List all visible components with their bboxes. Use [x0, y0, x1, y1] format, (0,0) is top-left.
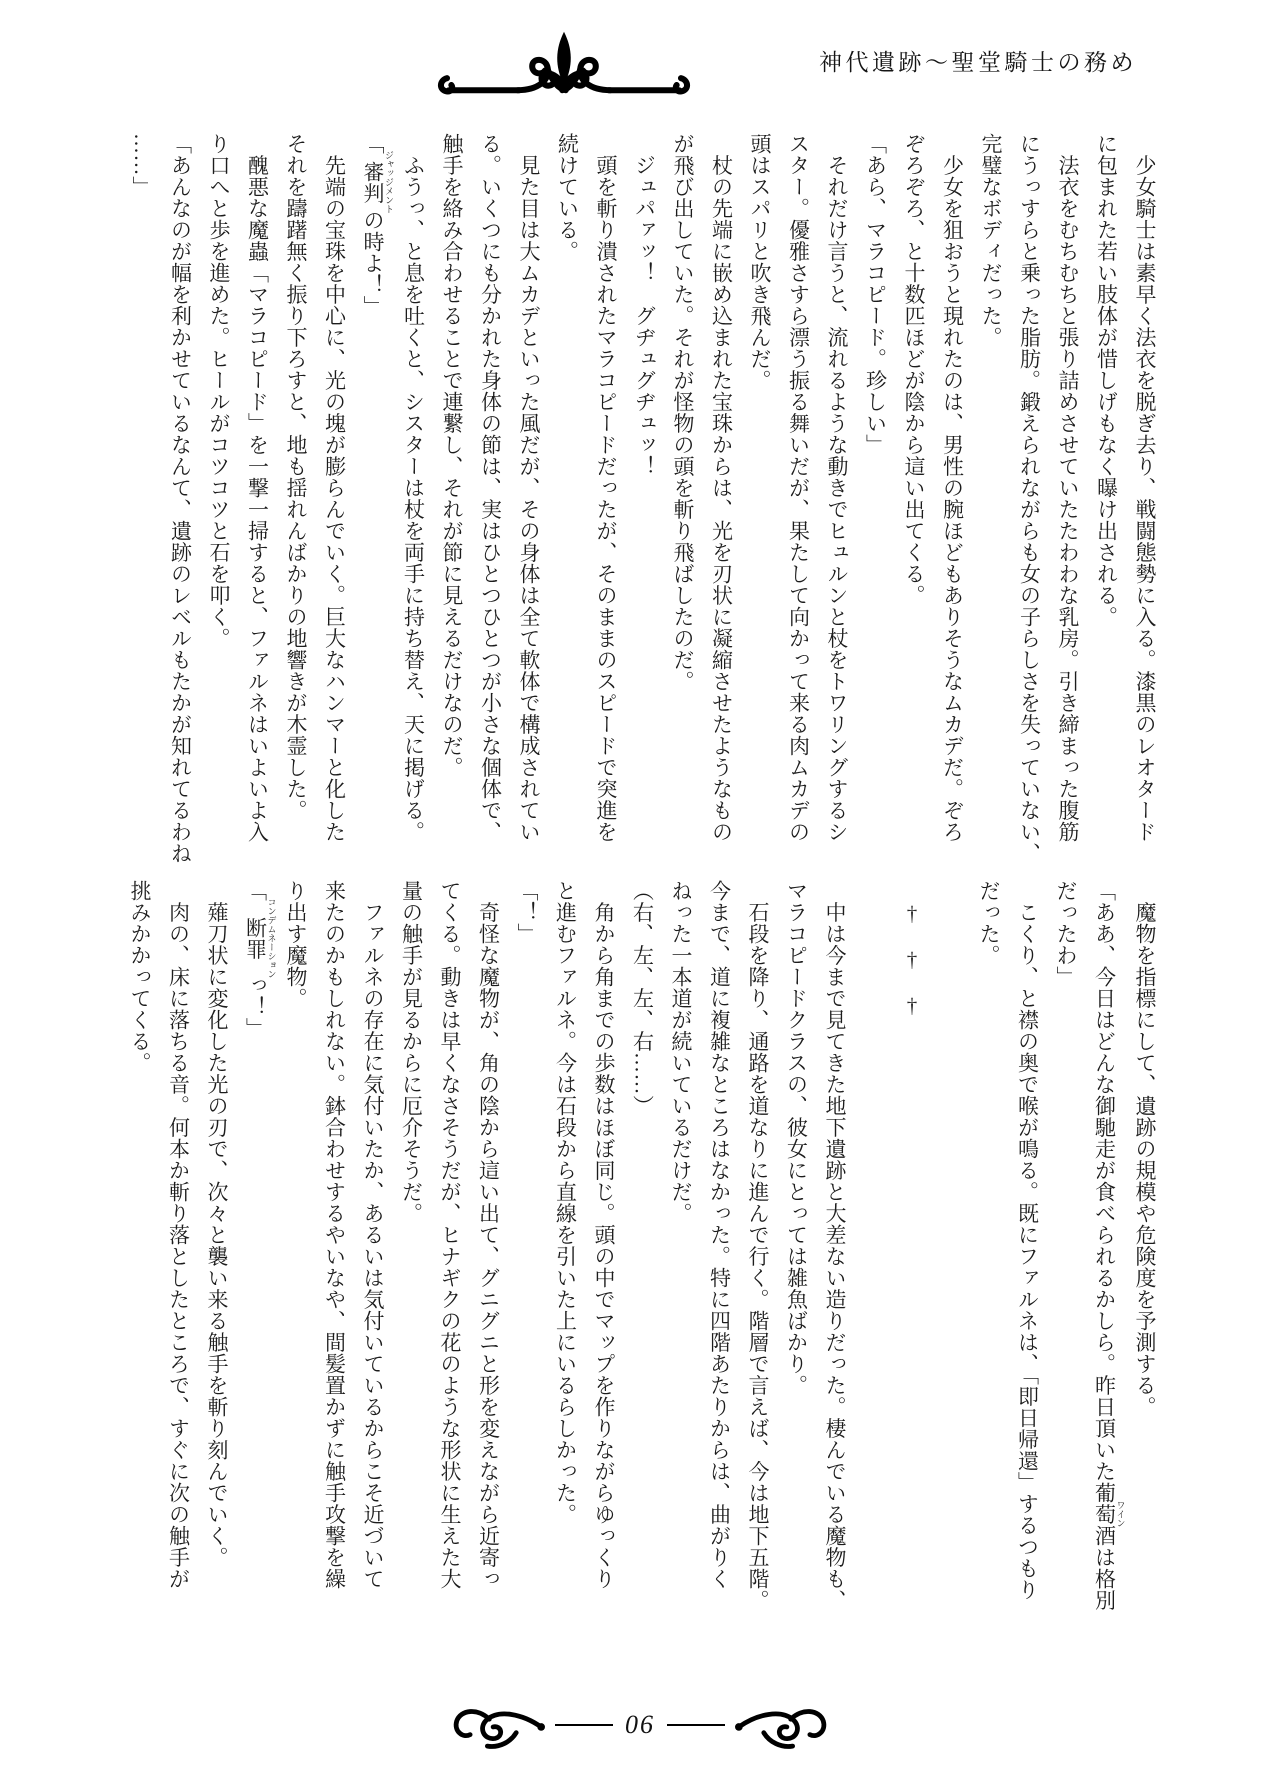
- text-line: 頭はスパリと吹き飛んだ。: [741, 133, 780, 883]
- page-footer: 06: [0, 1694, 1280, 1756]
- text-line: こくり、と襟の奥で喉が鳴る。既にファルネは、「即日帰還」するつもり: [1008, 880, 1047, 1630]
- header-ornament-fleur-de-lis-icon: [435, 24, 693, 122]
- text-line: 中は今まで見てきた地下遺跡と大差ない造りだった。棲んでいる魔物も、: [816, 880, 855, 1630]
- text-line: 肉の、床に落ちる音。何本か斬り落としたところで、すぐに次の触手が: [159, 880, 198, 1630]
- text-line: それだけ言うと、流れるような動きでヒュルンと杖をトワリングするシ: [818, 133, 857, 883]
- text-line: 少女騎士は素早く法衣を脱ぎ去り、戦闘態勢に入る。漆黒のレオタード: [1126, 133, 1165, 883]
- text-line: り口へと歩を進めた。ヒールがコツコツと石を叩く。: [200, 133, 239, 883]
- footer-ornament-right-scroll-icon: [735, 1694, 831, 1756]
- text-line: 薙刀状に変化した光の刃で、次々と襲い来る触手を斬り刻んでいく。: [198, 880, 237, 1630]
- text-line: 「！」: [508, 880, 547, 1630]
- text-line: 「審判ジャッジメントの時よ！」: [354, 133, 395, 883]
- text-line: 「断罪コンデムネーションっ！」: [236, 880, 277, 1630]
- text-line: 挑みかかってくる。: [121, 880, 160, 1630]
- top-text-block: 少女騎士は素早く法衣を脱ぎ去り、戦闘態勢に入る。漆黒のレオタードに包まれた若い肢…: [123, 133, 1165, 883]
- text-line: それを躊躇無く振り下ろすと、地も揺れんばかりの地響きが木霊した。: [277, 133, 316, 883]
- footer-ornament-left-scroll-icon: [449, 1694, 545, 1756]
- page-number: 06: [623, 1710, 657, 1740]
- text-line: 奇怪な魔物が、角の陰から這い出て、グニグニと形を変えながら近寄っ: [469, 880, 508, 1630]
- text-line: 魔物を指標にして、遺跡の規模や危険度を予測する。: [1126, 880, 1165, 1630]
- text-line: （右、左、左、右……）: [623, 880, 662, 1630]
- text-line: にうっすらと乗った脂肪。鍛えられながらも女の子らしさを失っていない、: [1010, 133, 1049, 883]
- text-line: る。いくつにも分かれた身体の節は、実はひとつひとつが小さな個体で、: [471, 133, 510, 883]
- text-line: ねった一本道が続いているだけだ。: [662, 880, 701, 1630]
- footer-rule-left: [555, 1724, 613, 1726]
- text-line: 見た目は大ムカデといった風だが、その身体は全て軟体で構成されてい: [510, 133, 549, 883]
- text-line: ぞろぞろ、と十数匹ほどが陰から這い出てくる。: [895, 133, 934, 883]
- text-line: ファルネの存在に気付いたか、あるいは気付いているからこそ近づいて: [354, 880, 393, 1630]
- text-line: ジュパァッ！ グヂュグヂュッ！: [625, 133, 664, 883]
- bottom-text-block: 魔物を指標にして、遺跡の規模や危険度を予測する。「ああ、今日はどんな御馳走が食べ…: [121, 880, 1165, 1630]
- text-line: 法衣をむちむちと張り詰めさせていたたわわな乳房。引き締まった腹筋: [1049, 133, 1088, 883]
- text-line: だった。: [970, 880, 1009, 1630]
- running-title: 神代遺跡～聖堂騎士の務め: [819, 44, 1137, 77]
- text-line: が飛び出していた。それが怪物の頭を斬り飛ばしたのだ。: [664, 133, 703, 883]
- text-line: ……」: [123, 133, 162, 883]
- book-page: { "header": { "running_title": "神代遺跡～聖堂騎…: [0, 0, 1280, 1790]
- text-line: 杖の先端に嵌め込まれた宝珠からは、光を刃状に凝縮させたようなもの: [702, 133, 741, 883]
- text-line: 角から角までの歩数はほぼ同じ。頭の中でマップを作りながらゆっくり: [585, 880, 624, 1630]
- text-line: スター。優雅さすら漂う振る舞いだが、果たして向かって来る肉ムカデの: [779, 133, 818, 883]
- text-line: [854, 880, 893, 1630]
- text-line: 来たのかもしれない。鉢合わせするやいなや、間髪置かずに触手攻撃を繰: [315, 880, 354, 1630]
- text-line: だったわ」: [1047, 880, 1086, 1630]
- text-line: と進むファルネ。今は石段から直線を引いた上にいるらしかった。: [546, 880, 585, 1630]
- text-line: [931, 880, 970, 1630]
- text-line: ふうっ、と息を吐くと、シスターは杖を両手に持ち替え、天に掲げる。: [394, 133, 433, 883]
- text-line: 石段を降り、通路を道なりに進んで行く。階層で言えば、今は地下五階。: [739, 880, 778, 1630]
- text-line: 「ああ、今日はどんな御馳走が食べられるかしら。昨日頂いた葡萄酒ワインは格別: [1085, 880, 1126, 1630]
- text-line: † † †: [893, 880, 932, 1630]
- text-line: 先端の宝珠を中心に、光の塊が膨らんでいく。巨大なハンマーと化した: [315, 133, 354, 883]
- text-line: 今まで、道に複雑なところはなかった。特に四階あたりからは、曲がりく: [700, 880, 739, 1630]
- text-line: マラコピードクラスの、彼女にとっては雑魚ばかり。: [777, 880, 816, 1630]
- text-line: てくる。動きは早くなさそうだが、ヒナギクの花のような形状に生えた大: [431, 880, 470, 1630]
- text-line: 醜悪な魔蟲「マラコピード」を一撃一掃すると、ファルネはいよいよ入: [238, 133, 277, 883]
- text-line: 「あんなのが幅を利かせているなんて、遺跡のレベルもたかが知れてるわね: [161, 133, 200, 883]
- text-line: 続けている。: [548, 133, 587, 883]
- text-line: 「あら、マラコピード。珍しい」: [856, 133, 895, 883]
- text-line: 量の触手が見るからに厄介そうだ。: [392, 880, 431, 1630]
- text-line: 完璧なボディだった。: [972, 133, 1011, 883]
- footer-rule-right: [667, 1724, 725, 1726]
- text-line: り出す魔物。: [277, 880, 316, 1630]
- text-line: 少女を狙おうと現れたのは、男性の腕ほどもありそうなムカデだ。ぞろ: [933, 133, 972, 883]
- text-line: 触手を絡み合わせることで連繋し、それが節に見えるだけなのだ。: [433, 133, 472, 883]
- text-line: 頭を斬り潰されたマラコピードだったが、そのままのスピードで突進を: [587, 133, 626, 883]
- text-line: に包まれた若い肢体が惜しげもなく曝け出される。: [1087, 133, 1126, 883]
